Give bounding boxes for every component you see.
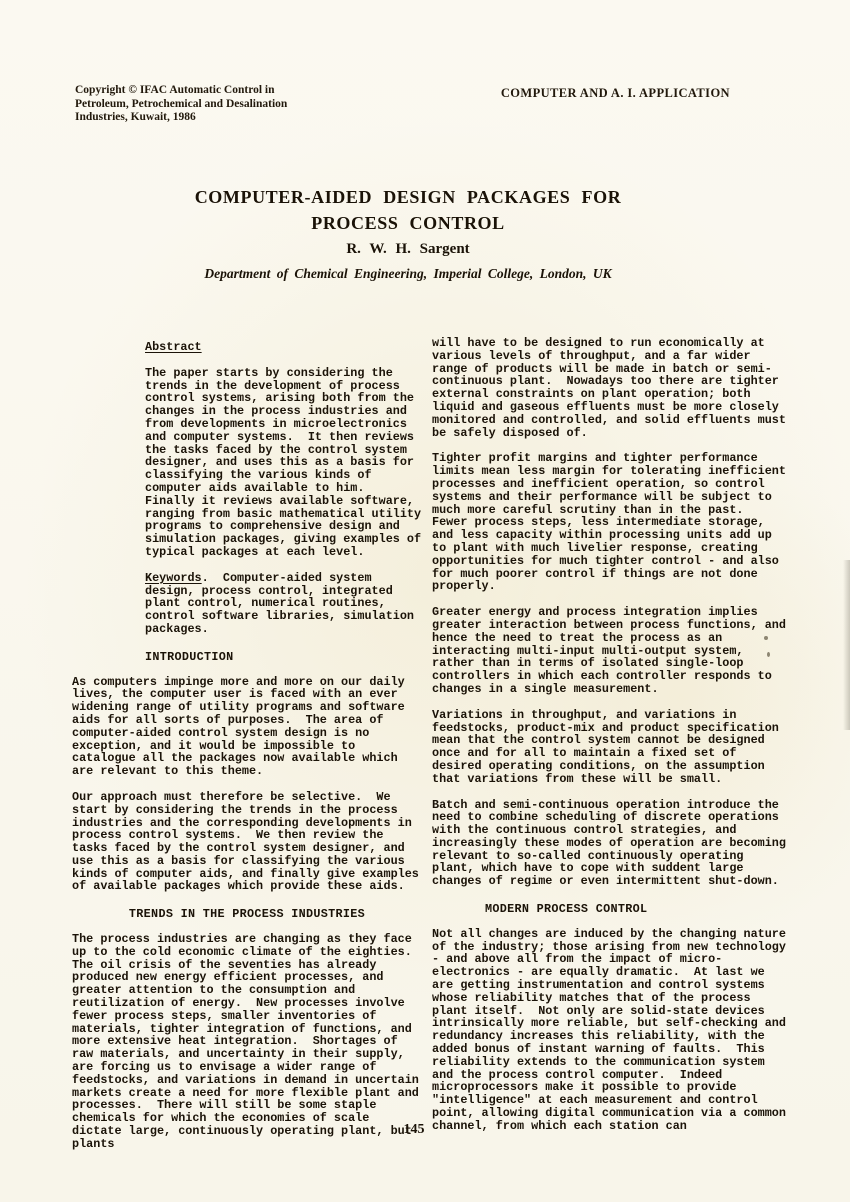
trends-paragraph-continued: Greater energy and process integration i… [432,606,790,696]
author-affiliation: Department of Chemical Engineering, Impe… [0,266,816,282]
paper-title-line2: PROCESS CONTROL [0,210,816,236]
introduction-paragraph: As computers impinge more and more on ou… [72,676,422,778]
abstract-heading: Abstract [145,341,422,354]
scan-artifact [767,652,770,657]
session-header: COMPUTER AND A. I. APPLICATION [501,86,730,101]
paper-title: COMPUTER-AIDED DESIGN PACKAGES FOR PROCE… [0,184,816,236]
modern-paragraph: Not all changes are induced by the chang… [432,928,790,1133]
keywords: Keywords. Computer-aided system design, … [145,572,422,636]
abstract-text: The paper starts by considering the tren… [145,367,422,559]
copyright-line: Petroleum, Petrochemical and Desalinatio… [75,98,287,112]
copyright-line: Industries, Kuwait, 1986 [75,111,287,125]
trends-paragraph-continued: will have to be designed to run economic… [432,337,790,439]
section-heading-modern-process-control: MODERN PROCESS CONTROL [485,903,790,916]
right-column: will have to be designed to run economic… [432,337,790,1133]
paper-page: Copyright © IFAC Automatic Control in Pe… [0,0,850,1202]
section-heading-introduction: INTRODUCTION [145,651,422,664]
scan-artifact [764,636,768,640]
trends-paragraph: The process industries are changing as t… [72,933,422,1151]
introduction-paragraph: Our approach must therefore be selective… [72,791,422,893]
trends-paragraph-continued: Batch and semi-continuous operation intr… [432,799,790,889]
author-name: R. W. H. Sargent [0,241,816,258]
paper-title-line1: COMPUTER-AIDED DESIGN PACKAGES FOR [0,184,816,210]
scan-edge-shade [843,560,850,730]
copyright-line: Copyright © IFAC Automatic Control in [75,84,287,98]
left-column: Abstract The paper starts by considering… [72,341,422,1151]
abstract-block: Abstract The paper starts by considering… [145,341,422,636]
copyright-notice: Copyright © IFAC Automatic Control in Pe… [75,84,287,125]
trends-paragraph-continued: Variations in throughput, and variations… [432,709,790,786]
page-number: 145 [384,1122,444,1138]
trends-paragraph-continued: Tighter profit margins and tighter perfo… [432,452,790,593]
section-heading-trends: TRENDS IN THE PROCESS INDUSTRIES [72,908,422,921]
